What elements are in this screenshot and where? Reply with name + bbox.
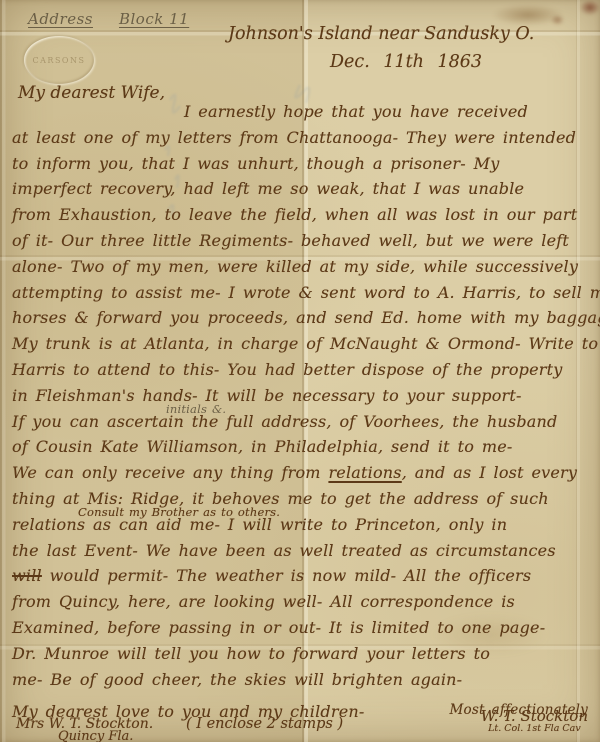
archival-note-word1: Address [28, 10, 93, 28]
ink-stain [492, 4, 564, 26]
wax-stain [580, 0, 600, 15]
letter-line: imperfect recovery, had left me so weak,… [12, 179, 592, 205]
letter-line-segment: If you can ascertain the full address, o… [12, 412, 557, 431]
embossed-stationer-seal: CARSONS [24, 36, 94, 84]
letter-line: will would permit- The weather is now mi… [12, 566, 592, 592]
signature-title: Lt. Col. 1st Fla Cav [481, 723, 588, 734]
letter-line: from Quincy, here, are looking well- All… [12, 592, 592, 618]
letter-line-segment: Consult my Brother as to others. [78, 505, 280, 519]
salutation: My dearest Wife, [18, 83, 165, 103]
addressee-place: Quincy Fla. [58, 729, 133, 742]
letter-page: AddressBlock 11 CARSONS Johnson's Island… [0, 0, 600, 742]
letter-line-segment: the last Event- We have been as well tre… [12, 541, 556, 560]
letter-line-segment: would permit- The weather is now mild- A… [42, 566, 531, 585]
letter-line-segment: of it- Our three little Regiments- behav… [12, 231, 569, 250]
letter-line: from Exhaustion, to leave the field, whe… [12, 205, 592, 231]
letter-line: We can only receive any thing from relat… [12, 463, 592, 489]
seal-text: CARSONS [33, 56, 86, 65]
letter-line: If you can ascertain the full address, o… [12, 412, 592, 438]
letter-line-segment: Dr. Munroe will tell you how to forward … [12, 644, 490, 663]
letter-line-segment: of Cousin Kate Williamson, in Philadelph… [12, 437, 512, 456]
letter-line: My trunk is at Atlanta, in charge of McN… [12, 334, 592, 360]
letter-line: attempting to assist me- I wrote & sent … [12, 283, 592, 309]
letter-line: to inform you, that I was unhurt, though… [12, 154, 592, 180]
letter-line-segment: Harris to attend to this- You had better… [12, 360, 563, 379]
letter-line-segment: horses & forward you proceeds, and send … [12, 308, 600, 327]
letter-line-segment: will [12, 566, 42, 585]
letter-line-segment: to inform you, that I was unhurt, though… [12, 154, 500, 173]
letter-line-segment: initials &. [166, 402, 226, 416]
letter-line-segment: We can only receive any thing from [12, 463, 328, 482]
letter-line: me- Be of good cheer, the skies will bri… [12, 670, 592, 696]
letter-line: alone- Two of my men, were killed at my … [12, 257, 592, 283]
letter-line: Harris to attend to this- You had better… [12, 360, 592, 386]
letter-line-segment: from Quincy, here, are looking well- All… [12, 592, 515, 611]
letter-line-segment: attempting to assist me- I wrote & sent … [12, 283, 600, 302]
heading-date-line: Dec. 11th 1863 [330, 52, 482, 72]
letter-line: of Cousin Kate Williamson, in Philadelph… [12, 437, 592, 463]
letter-line-segment: , and as I lost every [402, 463, 577, 482]
letter-line-segment: I earnestly hope that you have received [184, 102, 528, 121]
letter-line: Dr. Munroe will tell you how to forward … [12, 644, 592, 670]
letter-line: Examined, before passing in or out- It i… [12, 618, 592, 644]
letter-line: in Fleishman's hands- It will be necessa… [12, 386, 592, 412]
letter-line-segment: alone- Two of my men, were killed at my … [12, 257, 578, 276]
letter-line-segment: My trunk is at Atlanta, in charge of McN… [12, 334, 598, 353]
signature-block: W. T. Stockton Lt. Col. 1st Fla Cav [481, 707, 588, 734]
letter-body: I earnestly hope that you have receiveda… [12, 102, 592, 721]
letter-line-segment: from Exhaustion, to leave the field, whe… [12, 205, 577, 224]
letter-line: at least one of my letters from Chattano… [12, 128, 592, 154]
letter-line-segment: relations [328, 463, 401, 482]
letter-line: I earnestly hope that you have received [12, 102, 592, 128]
letter-line: horses & forward you proceeds, and send … [12, 308, 592, 334]
archival-note-word2: Block 11 [119, 10, 189, 28]
archival-pencil-note: AddressBlock 11 [28, 10, 189, 28]
letter-line-segment: in Fleishman's hands- It will be necessa… [12, 386, 522, 405]
letter-line: of it- Our three little Regiments- behav… [12, 231, 592, 257]
enclosure-note: ( I enclose 2 stamps ) [186, 716, 343, 732]
letter-line: the last Event- We have been as well tre… [12, 541, 592, 567]
letter-line-segment: imperfect recovery, had left me so weak,… [12, 179, 524, 198]
letter-line-segment: Examined, before passing in or out- It i… [12, 618, 545, 637]
heading-place-line: Johnson's Island near Sandusky O. [228, 24, 594, 44]
letter-line-segment: at least one of my letters from Chattano… [12, 128, 576, 147]
letter-line-segment: me- Be of good cheer, the skies will bri… [12, 670, 462, 689]
